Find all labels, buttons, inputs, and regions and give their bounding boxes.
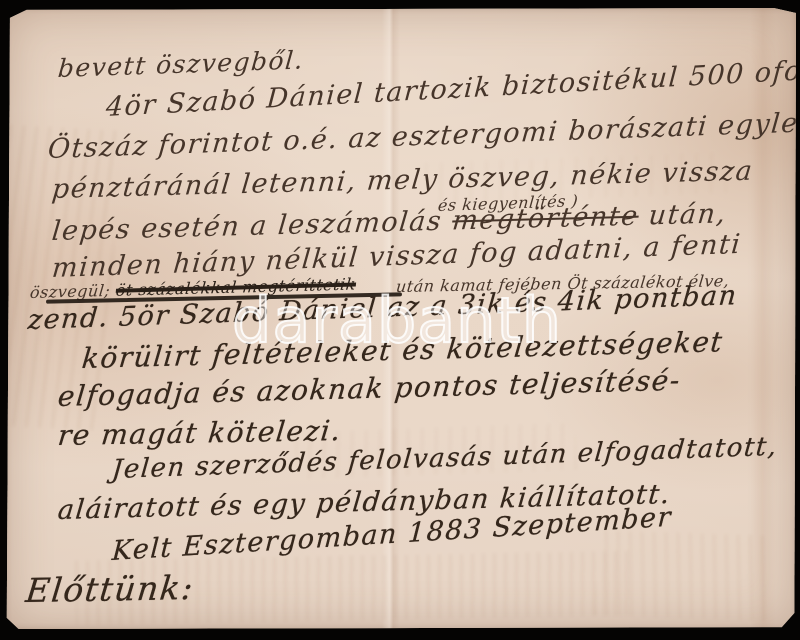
ink-showthrough-smudge bbox=[595, 530, 768, 621]
handwriting-line-4: pénztáránál letenni, mely öszveg, nékie … bbox=[52, 158, 754, 203]
line5-struck-word: megtörténte bbox=[451, 201, 640, 237]
watermark-text: darabanth bbox=[232, 290, 562, 352]
line5-post: után, bbox=[637, 198, 728, 231]
handwriting-line-10: re magát kötelezi. bbox=[58, 417, 342, 450]
photo-background: bevett öszvegből. 4ör Szabó Dániel tarto… bbox=[0, 0, 800, 640]
handwriting-line-9: elfogadja és azoknak pontos teljesítésé- bbox=[58, 367, 682, 411]
handwriting-line-1: bevett öszvegből. bbox=[58, 47, 305, 81]
document-paper: bevett öszvegből. 4ör Szabó Dániel tarto… bbox=[6, 8, 796, 629]
handwriting-witness-line: Előttünk: bbox=[26, 571, 195, 607]
edge-crease bbox=[750, 8, 776, 629]
